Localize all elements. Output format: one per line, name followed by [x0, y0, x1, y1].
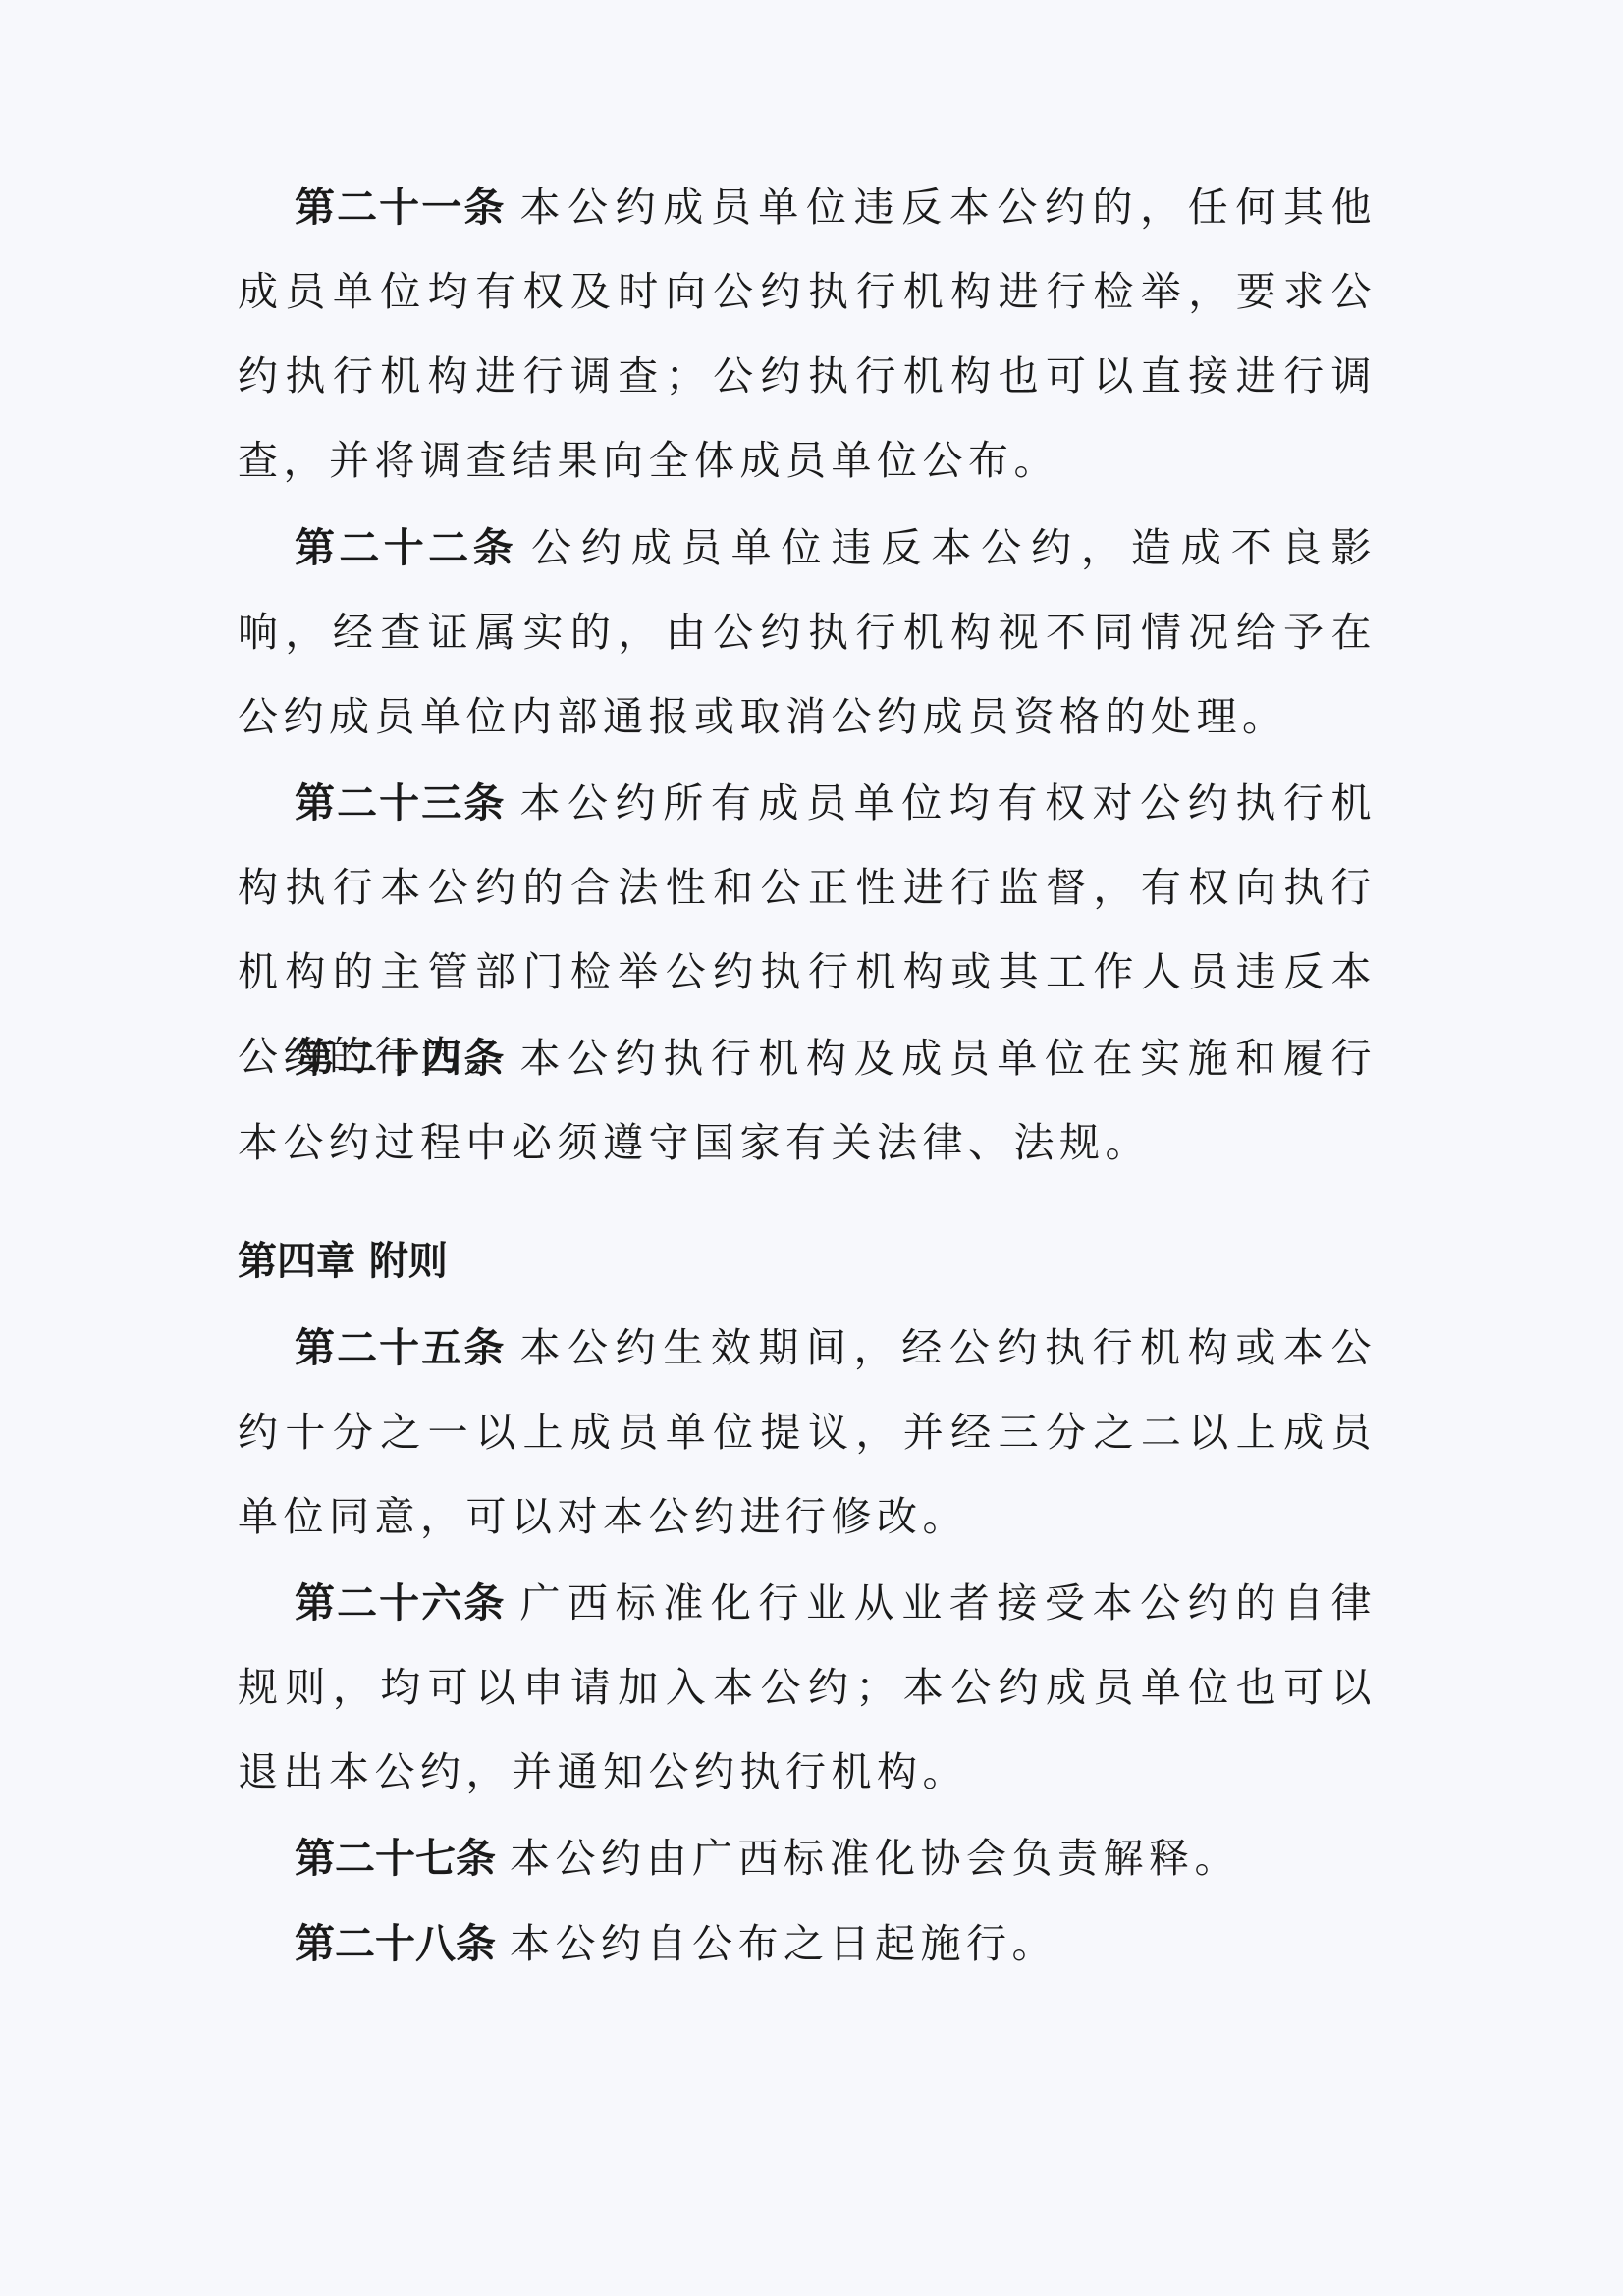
- chapter-heading: 第四章 附则: [238, 1232, 448, 1291]
- document-page: 第二十一条本公约成员单位违反本公约的，任何其他成员单位均有权及时向公约执行机构进…: [0, 0, 1623, 2296]
- article-number: 第二十六条: [295, 1579, 506, 1627]
- article-24: 第二十四条本公约执行机构及成员单位在实施和履行本公约过程中必须遵守国家有关法律、…: [238, 1016, 1377, 1185]
- article-text: 本公约自公布之日起施行。: [510, 1920, 1057, 1967]
- article-26: 第二十六条广西标准化行业从业者接受本公约的自律规则，均可以申请加入本公约；本公约…: [238, 1561, 1377, 1814]
- article-number: 第二十三条: [295, 779, 506, 827]
- article-28: 第二十八条本公约自公布之日起施行。: [238, 1901, 1377, 1986]
- article-number: 第二十一条: [295, 184, 506, 231]
- article-number: 第二十七条: [295, 1835, 496, 1882]
- article-27: 第二十七条本公约由广西标准化协会负责解释。: [238, 1816, 1377, 1900]
- article-number: 第二十二条: [295, 524, 517, 571]
- article-number: 第二十八条: [295, 1920, 496, 1967]
- article-22: 第二十二条公约成员单位违反本公约，造成不良影响，经查证属实的，由公约执行机构视不…: [238, 506, 1377, 759]
- article-25: 第二十五条本公约生效期间，经公约执行机构或本公约十分之一以上成员单位提议，并经三…: [238, 1306, 1377, 1559]
- article-text: 本公约由广西标准化协会负责解释。: [510, 1835, 1240, 1882]
- article-21: 第二十一条本公约成员单位违反本公约的，任何其他成员单位均有权及时向公约执行机构进…: [238, 165, 1377, 503]
- article-number: 第二十五条: [295, 1324, 506, 1371]
- article-number: 第二十四条: [295, 1035, 506, 1082]
